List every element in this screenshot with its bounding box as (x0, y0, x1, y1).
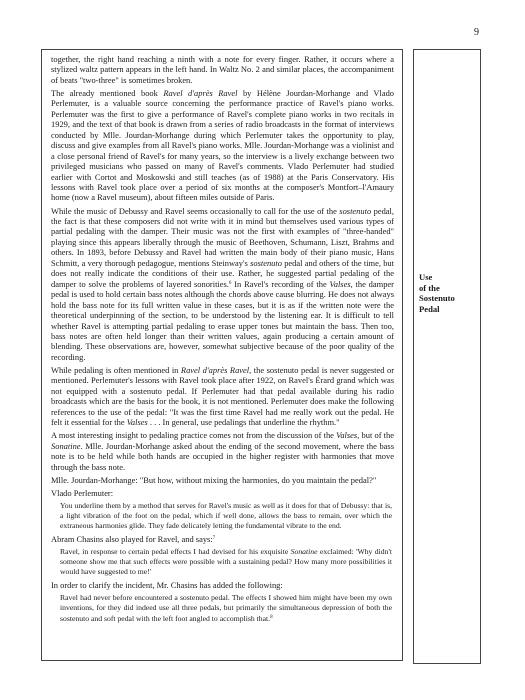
margin-note-box: Use of the Sostenuto Pedal (413, 49, 481, 664)
margin-heading: Use of the Sostenuto Pedal (419, 272, 479, 314)
italic-term: sostenuto (250, 258, 282, 268)
book-title: Ravel d'après Ravel (163, 88, 237, 98)
margin-heading-line: Use (419, 272, 479, 283)
text-run: Abram Chasins also played for Ravel, and… (51, 534, 213, 544)
text-run: While pedaling is often mentioned in (51, 365, 181, 375)
work-title: Sonatine (51, 441, 81, 451)
text-run: While the music of Debussy and Ravel see… (51, 206, 339, 216)
paragraph-8: Abram Chasins also played for Ravel, and… (51, 534, 394, 544)
text-run: . Mlle. Jourdan-Morhange asked about the… (51, 441, 394, 472)
text-run: In Ravel's recording of the (231, 279, 329, 289)
text-run: , the damper pedal is used to hold certa… (51, 279, 394, 362)
text-run: Ravel had never before encountered a sos… (60, 593, 392, 622)
italic-term: sostenuto (339, 206, 371, 216)
text-run: , but of the (357, 430, 394, 440)
paragraph-4: While pedaling is often mentioned in Rav… (51, 365, 394, 428)
page-number: 9 (474, 27, 479, 38)
work-title: Valses (127, 417, 148, 427)
text-run: by Hélène Jourdan-Morhange and Vlado Per… (51, 88, 394, 203)
work-title: Sonatine (291, 547, 318, 556)
paragraph-5: A most interesting insight to pedaling p… (51, 430, 394, 472)
main-text-box: together, the right hand reaching a nint… (41, 49, 403, 661)
paragraph-3: While the music of Debussy and Ravel see… (51, 206, 394, 363)
footnote-marker: 7 (213, 536, 216, 541)
text-run: A most interesting insight to pedaling p… (51, 430, 336, 440)
text-run: The already mentioned book (51, 88, 163, 98)
block-quote-1: You underline them by a method that serv… (60, 501, 392, 532)
paragraph-2: The already mentioned book Ravel d'après… (51, 88, 394, 203)
margin-heading-line: Pedal (419, 304, 479, 315)
margin-heading-line: Sostenuto (419, 293, 479, 304)
paragraph-6: Mlle. Jourdan-Morhange: "But how, withou… (51, 475, 394, 485)
paragraph-9: In order to clarify the incident, Mr. Ch… (51, 580, 394, 590)
text-run: . . . In general, use pedalings that und… (148, 417, 340, 427)
paragraph-1: together, the right hand reaching a nint… (51, 54, 394, 85)
block-quote-3: Ravel had never before encountered a sos… (60, 593, 392, 624)
work-title: Valses (336, 430, 357, 440)
paragraph-7: Vlado Perlemuter: (51, 488, 394, 498)
work-title: Valses (330, 279, 351, 289)
text-run: Ravel, in response to certain pedal effe… (60, 547, 291, 556)
footnote-marker: 8 (270, 615, 273, 620)
block-quote-2: Ravel, in response to certain pedal effe… (60, 547, 392, 578)
book-title: Ravel d'après Ravel (181, 365, 249, 375)
margin-heading-line: of the (419, 283, 479, 294)
